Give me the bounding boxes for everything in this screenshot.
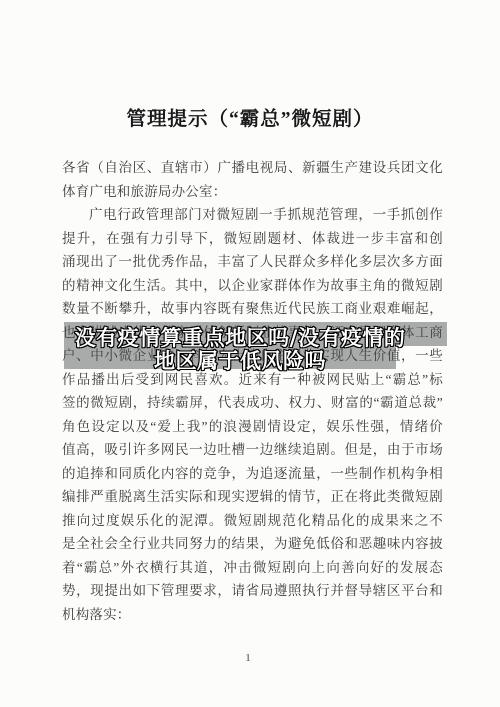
body-line: 涌现出了一批优秀作品，丰富了人民群众多样化多层次多方面 (62, 250, 443, 274)
body-line: 的精神文化生活。其中，以企业家群体作为故事主角的微短剧 (62, 274, 443, 298)
overlay-caption-line2: 地区属于低风险吗 (40, 350, 440, 373)
page-number: 1 (0, 652, 496, 668)
body-line: 编排严重脱离生活实际和现实逻辑的情节，正在将此类微短剧 (62, 485, 443, 509)
body-line: 提升，在强有力引导下，微短剧题材、体裁进一步丰富和创新， (62, 227, 443, 251)
document-page: 管理提示（“霸总”微短剧） 各省（自治区、直辖市）广播电视局、新疆生产建设兵团文… (0, 0, 500, 707)
body-line: 广电行政管理部门对微短剧一手抓规范管理，一手抓创作 (62, 203, 443, 227)
body-line: 值高，吸引许多网民一边吐槽一边继续追剧。但是，由于市场 (62, 438, 443, 462)
body-line: 的追捧和同质化内容的竞争，为追逐流量，一些制作机构争相 (62, 462, 443, 486)
document-title: 管理提示（“霸总”微短剧） (0, 103, 500, 131)
body-line: 着“霸总”外衣横行其道，冲击微短剧向上向善向好的发展态 (62, 556, 443, 580)
body-line: 各省（自治区、直辖市）广播电视局、新疆生产建设兵团文化 (62, 156, 443, 180)
body-line: 角色设定以及“爱上我”的浪漫剧情设定，娱乐性强，情绪价 (62, 415, 443, 439)
overlay-caption-line1: 没有疫情算重点地区吗/没有疫情的 (40, 327, 440, 350)
body-line: 机构落实： (62, 603, 443, 627)
body-line: 数量不断攀升，故事内容既有聚焦近代民族工商业艰难崛起， (62, 297, 443, 321)
body-line: 势，现提出如下管理要求，请省局遵照执行并督导辖区平台和 (62, 579, 443, 603)
overlay-caption: 没有疫情算重点地区吗/没有疫情的 地区属于低风险吗 (40, 327, 440, 372)
document-body: 各省（自治区、直辖市）广播电视局、新疆生产建设兵团文化体育广电和旅游局办公室：广… (62, 156, 443, 626)
body-line: 签的微短剧，持续霸屏，代表成功、权力、财富的“霸道总裁” (62, 391, 443, 415)
body-line: 体育广电和旅游局办公室： (62, 180, 443, 204)
body-line: 推向过度娱乐化的泥潭。微短剧规范化精品化的成果来之不易， (62, 509, 443, 533)
body-line: 是全社会全行业共同努力的结果，为避免低俗和恶趣味内容披 (62, 532, 443, 556)
